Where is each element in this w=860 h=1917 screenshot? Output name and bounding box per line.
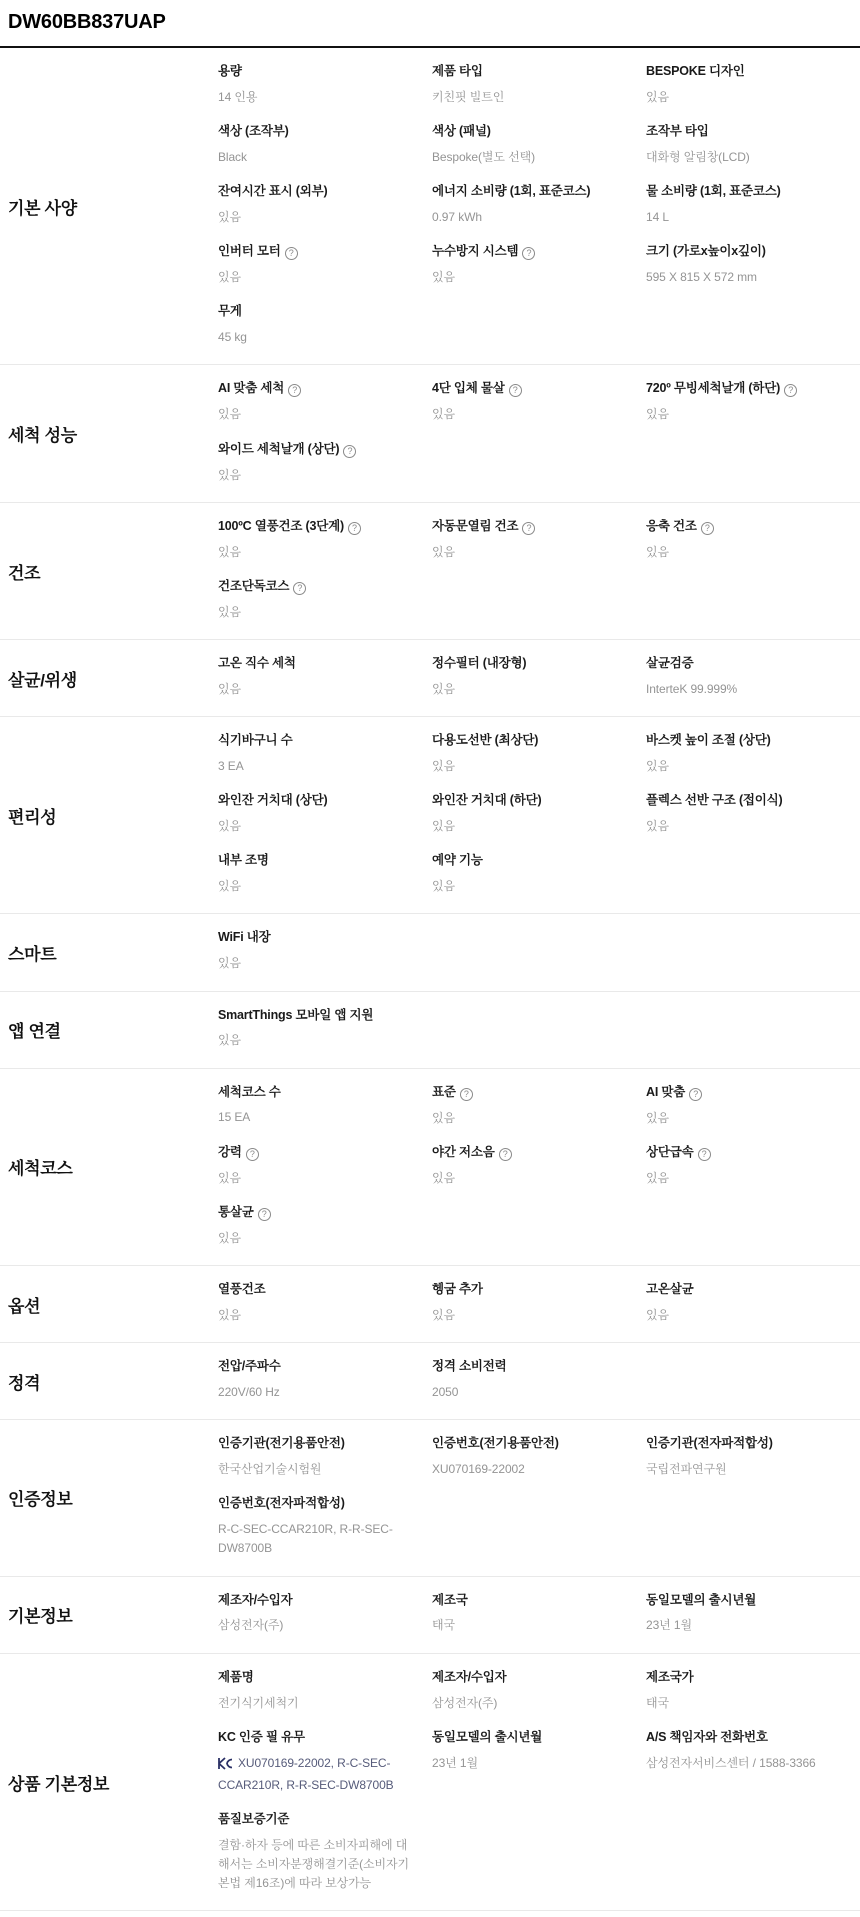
section-title: 편리성 bbox=[8, 803, 218, 842]
info-tooltip-icon[interactable]: ? bbox=[784, 384, 797, 397]
spec-value: 있음 bbox=[218, 268, 410, 287]
section-items-grid: 세척코스 수15 EA표준?있음AI 맞춤?있음강력?있음야간 저소음?있음상단… bbox=[218, 1084, 860, 1265]
spec-value-text: 삼성전자(주) bbox=[432, 1696, 497, 1710]
spec-item: 품질보증기준결함·하자 등에 따른 소비자피해에 대해서는 소비자분쟁해결기준(… bbox=[218, 1811, 432, 1893]
info-tooltip-icon[interactable]: ? bbox=[509, 384, 522, 397]
spec-value-text: 있음 bbox=[646, 407, 669, 421]
spec-value: 있음 bbox=[432, 543, 624, 562]
spec-value-text: 15 EA bbox=[218, 1110, 250, 1124]
spec-label-text: 4단 입체 물살 bbox=[432, 381, 505, 395]
spec-item: 정수필터 (내장형)있음 bbox=[432, 655, 646, 699]
spec-label: 와이드 세척날개 (상단)? bbox=[218, 441, 410, 458]
spec-label-text: 무게 bbox=[218, 304, 242, 318]
spec-item: 인증번호(전자파적합성)R-C-SEC-CCAR210R, R-R-SEC-DW… bbox=[218, 1495, 432, 1558]
spec-label-text: 강력 bbox=[218, 1145, 242, 1159]
page-title: DW60BB837UAP bbox=[0, 0, 860, 46]
spec-item: 열풍건조있음 bbox=[218, 1281, 432, 1325]
spec-value-text: 있음 bbox=[218, 879, 241, 893]
spec-page: DW60BB837UAP 기본 사양용량14 인용제품 타입키친핏 빌트인BES… bbox=[0, 0, 860, 1917]
spec-value: 있음 bbox=[432, 1169, 624, 1188]
spec-label-text: 열풍건조 bbox=[218, 1282, 266, 1296]
spec-label: 용량 bbox=[218, 63, 410, 80]
spec-value-text: 있음 bbox=[646, 1308, 669, 1322]
spec-label: 제품명 bbox=[218, 1669, 410, 1686]
spec-label: 고온살균 bbox=[646, 1281, 838, 1298]
spec-value: 45 kg bbox=[218, 328, 410, 347]
spec-value: 있음 bbox=[218, 603, 410, 622]
spec-value-text: 있음 bbox=[218, 210, 241, 224]
section-title: 살균/위생 bbox=[8, 666, 218, 705]
spec-value: 595 X 815 X 572 mm bbox=[646, 268, 838, 287]
spec-label-text: 용량 bbox=[218, 64, 242, 78]
spec-item: 표준?있음 bbox=[432, 1084, 646, 1128]
spec-item: 조작부 타입대화형 알림창(LCD) bbox=[646, 123, 860, 167]
spec-item: 정격 소비전력2050 bbox=[432, 1358, 646, 1402]
spec-item: 잔여시간 표시 (외부)있음 bbox=[218, 183, 432, 227]
spec-label: 누수방지 시스템? bbox=[432, 243, 624, 260]
spec-value: 있음 bbox=[432, 877, 624, 896]
spec-label: 바스켓 높이 조절 (상단) bbox=[646, 732, 838, 749]
spec-section-row: 살균/위생고온 직수 세척있음정수필터 (내장형)있음살균검증InterteK … bbox=[0, 640, 860, 717]
spec-label: 와인잔 거치대 (상단) bbox=[218, 792, 410, 809]
spec-item: 플렉스 선반 구조 (접이식)있음 bbox=[646, 792, 860, 836]
info-tooltip-icon[interactable]: ? bbox=[689, 1088, 702, 1101]
spec-value-text: 있음 bbox=[432, 819, 455, 833]
spec-value: Bespoke(별도 선택) bbox=[432, 148, 624, 167]
info-tooltip-icon[interactable]: ? bbox=[343, 445, 356, 458]
spec-value: 있음 bbox=[218, 817, 410, 836]
spec-item: AI 맞춤 세척?있음 bbox=[218, 380, 432, 424]
spec-value-text: 있음 bbox=[646, 90, 669, 104]
spec-value-text: 23년 1월 bbox=[432, 1756, 478, 1770]
section-title: 상품 기본정보 bbox=[8, 1770, 218, 1809]
spec-label-text: 누수방지 시스템 bbox=[432, 244, 518, 258]
spec-value: 있음 bbox=[218, 1031, 410, 1050]
spec-value: 14 인용 bbox=[218, 88, 410, 107]
spec-label-text: 색상 (패널) bbox=[432, 124, 491, 138]
spec-item: 강력?있음 bbox=[218, 1144, 432, 1188]
spec-section-row: 편리성식기바구니 수3 EA다용도선반 (최상단)있음바스켓 높이 조절 (상단… bbox=[0, 717, 860, 914]
spec-label-text: BESPOKE 디자인 bbox=[646, 64, 745, 78]
spec-value-text: Bespoke(별도 선택) bbox=[432, 150, 535, 164]
spec-label: 100ºC 열풍건조 (3단계)? bbox=[218, 518, 410, 535]
spec-value-text: 삼성전자(주) bbox=[218, 1618, 283, 1632]
spec-value-text: 있음 bbox=[218, 468, 241, 482]
spec-item: 응축 건조?있음 bbox=[646, 518, 860, 562]
spec-value: 있음 bbox=[646, 1306, 838, 1325]
info-tooltip-icon[interactable]: ? bbox=[698, 1148, 711, 1161]
spec-value: R-C-SEC-CCAR210R, R-R-SEC-DW8700B bbox=[218, 1520, 410, 1558]
spec-value-text: 있음 bbox=[218, 956, 241, 970]
spec-item: 인버터 모터?있음 bbox=[218, 243, 432, 287]
spec-item: SmartThings 모바일 앱 지원있음 bbox=[218, 1007, 432, 1051]
spec-item: 물 소비량 (1회, 표준코스)14 L bbox=[646, 183, 860, 227]
spec-value: XU070169-22002 bbox=[432, 1460, 624, 1479]
spec-item: 누수방지 시스템?있음 bbox=[432, 243, 646, 287]
spec-label: 동일모델의 출시년월 bbox=[646, 1592, 838, 1609]
spec-item: 전압/주파수220V/60 Hz bbox=[218, 1358, 432, 1402]
spec-label-text: A/S 책임자와 전화번호 bbox=[646, 1730, 768, 1744]
spec-item: 살균검증InterteK 99.999% bbox=[646, 655, 860, 699]
spec-label-text: 제품명 bbox=[218, 1670, 254, 1684]
info-tooltip-icon[interactable]: ? bbox=[499, 1148, 512, 1161]
spec-label-text: 품질보증기준 bbox=[218, 1812, 289, 1826]
spec-label-text: 자동문열림 건조 bbox=[432, 519, 518, 533]
spec-item: 건조단독코스?있음 bbox=[218, 578, 432, 622]
section-items-grid: 전압/주파수220V/60 Hz정격 소비전력2050 bbox=[218, 1358, 860, 1418]
spec-value: 있음 bbox=[218, 466, 410, 485]
spec-table-body: 기본 사양용량14 인용제품 타입키친핏 빌트인BESPOKE 디자인있음색상 … bbox=[0, 48, 860, 1911]
spec-label: 조작부 타입 bbox=[646, 123, 838, 140]
spec-label: 인증번호(전자파적합성) bbox=[218, 1495, 410, 1512]
spec-label-text: 와인잔 거치대 (하단) bbox=[432, 793, 541, 807]
spec-label: 제품 타입 bbox=[432, 63, 624, 80]
spec-value-text: 23년 1월 bbox=[646, 1618, 692, 1632]
spec-label: 상단급속? bbox=[646, 1144, 838, 1161]
spec-value: 있음 bbox=[218, 543, 410, 562]
spec-label-text: 내부 조명 bbox=[218, 853, 269, 867]
spec-label-text: 색상 (조작부) bbox=[218, 124, 289, 138]
spec-value-text: 있음 bbox=[646, 759, 669, 773]
spec-label: AI 맞춤 세척? bbox=[218, 380, 410, 397]
spec-label: 제조자/수입자 bbox=[432, 1669, 624, 1686]
spec-value: 있음 bbox=[218, 208, 410, 227]
section-items-grid: 100ºC 열풍건조 (3단계)?있음자동문열림 건조?있음응축 건조?있음건조… bbox=[218, 518, 860, 638]
spec-label-text: 동일모델의 출시년월 bbox=[646, 1593, 756, 1607]
spec-value-text: 있음 bbox=[432, 407, 455, 421]
spec-value: 있음 bbox=[646, 405, 838, 424]
section-items-grid: 고온 직수 세척있음정수필터 (내장형)있음살균검증InterteK 99.99… bbox=[218, 655, 860, 715]
spec-value: 23년 1월 bbox=[646, 1616, 838, 1635]
info-tooltip-icon[interactable]: ? bbox=[348, 522, 361, 535]
spec-label-text: 물 소비량 (1회, 표준코스) bbox=[646, 184, 781, 198]
spec-value: 있음 bbox=[646, 543, 838, 562]
section-title: 정격 bbox=[8, 1369, 218, 1408]
info-tooltip-icon[interactable]: ? bbox=[460, 1088, 473, 1101]
spec-value: 23년 1월 bbox=[432, 1754, 624, 1773]
spec-value-text: 있음 bbox=[218, 545, 241, 559]
section-items-grid: SmartThings 모바일 앱 지원있음 bbox=[218, 1007, 860, 1067]
spec-section-row: 옵션열풍건조있음헹굼 추가있음고온살균있음 bbox=[0, 1266, 860, 1343]
spec-label-text: 고온 직수 세척 bbox=[218, 656, 296, 670]
spec-value-text: 45 kg bbox=[218, 330, 247, 344]
spec-value: 한국산업기술시험원 bbox=[218, 1460, 410, 1479]
spec-label-text: 헹굼 추가 bbox=[432, 1282, 483, 1296]
spec-label: 색상 (조작부) bbox=[218, 123, 410, 140]
section-items-grid: WiFi 내장있음 bbox=[218, 929, 860, 989]
spec-item: 인증기관(전자파적합성)국립전파연구원 bbox=[646, 1435, 860, 1479]
spec-item: 와이드 세척날개 (상단)?있음 bbox=[218, 441, 432, 485]
spec-label-text: 예약 기능 bbox=[432, 853, 483, 867]
spec-item: 720º 무빙세척날개 (하단)?있음 bbox=[646, 380, 860, 424]
spec-item: 내부 조명있음 bbox=[218, 852, 432, 896]
spec-item: 동일모델의 출시년월23년 1월 bbox=[646, 1592, 860, 1636]
info-tooltip-icon[interactable]: ? bbox=[288, 384, 301, 397]
spec-value-text: 결함·하자 등에 따른 소비자피해에 대해서는 소비자분쟁해결기준(소비자기본법… bbox=[218, 1838, 409, 1890]
spec-value-text: 14 인용 bbox=[218, 90, 257, 104]
spec-value-text: 있음 bbox=[432, 879, 455, 893]
spec-item: 제조국가태국 bbox=[646, 1669, 860, 1713]
section-items-grid: AI 맞춤 세척?있음4단 입체 물살?있음720º 무빙세척날개 (하단)?있… bbox=[218, 380, 860, 500]
spec-value: 있음 bbox=[646, 1109, 838, 1128]
section-title: 세척 성능 bbox=[8, 421, 218, 460]
spec-item: 용량14 인용 bbox=[218, 63, 432, 107]
spec-label-text: 다용도선반 (최상단) bbox=[432, 733, 538, 747]
spec-label: 살균검증 bbox=[646, 655, 838, 672]
spec-label-text: 조작부 타입 bbox=[646, 124, 709, 138]
section-title: 스마트 bbox=[8, 940, 218, 979]
spec-label: 품질보증기준 bbox=[218, 1811, 410, 1828]
spec-label: KC 인증 필 유무 bbox=[218, 1729, 410, 1746]
spec-label: 무게 bbox=[218, 303, 410, 320]
spec-value-text: 있음 bbox=[218, 1033, 241, 1047]
spec-label: 야간 저소음? bbox=[432, 1144, 624, 1161]
spec-label-text: 제품 타입 bbox=[432, 64, 483, 78]
spec-label: 크기 (가로x높이x깊이) bbox=[646, 243, 838, 260]
section-items-grid: 인증기관(전기용품안전)한국산업기술시험원인증번호(전기용품안전)XU07016… bbox=[218, 1435, 860, 1574]
spec-label: 세척코스 수 bbox=[218, 1084, 410, 1101]
spec-label: BESPOKE 디자인 bbox=[646, 63, 838, 80]
spec-value-text: 있음 bbox=[432, 545, 455, 559]
spec-value-text: XU070169-22002, R-C-SEC-CCAR210R, R-R-SE… bbox=[218, 1756, 394, 1792]
spec-item: 통살균?있음 bbox=[218, 1204, 432, 1248]
spec-item: 와인잔 거치대 (상단)있음 bbox=[218, 792, 432, 836]
spec-item: 고온 직수 세척있음 bbox=[218, 655, 432, 699]
spec-value-text: 14 L bbox=[646, 210, 669, 224]
spec-item: 바스켓 높이 조절 (상단)있음 bbox=[646, 732, 860, 776]
spec-label-text: 식기바구니 수 bbox=[218, 733, 293, 747]
spec-item: 상단급속?있음 bbox=[646, 1144, 860, 1188]
spec-value: 있음 bbox=[218, 680, 410, 699]
spec-label: 인증번호(전기용품안전) bbox=[432, 1435, 624, 1452]
spec-label: WiFi 내장 bbox=[218, 929, 410, 946]
spec-label-text: 크기 (가로x높이x깊이) bbox=[646, 244, 766, 258]
spec-value-text: 삼성전자서비스센터 / 1588-3366 bbox=[646, 1756, 816, 1770]
spec-section-row: 인증정보인증기관(전기용품안전)한국산업기술시험원인증번호(전기용품안전)XU0… bbox=[0, 1420, 860, 1576]
spec-label-text: 제조자/수입자 bbox=[432, 1670, 507, 1684]
info-tooltip-icon[interactable]: ? bbox=[258, 1208, 271, 1221]
spec-value: 2050 bbox=[432, 1383, 624, 1402]
spec-value: 15 EA bbox=[218, 1108, 410, 1127]
spec-label-text: 제조자/수입자 bbox=[218, 1593, 293, 1607]
spec-value-text: 있음 bbox=[218, 1308, 241, 1322]
spec-label: SmartThings 모바일 앱 지원 bbox=[218, 1007, 410, 1024]
spec-value-text: 있음 bbox=[432, 682, 455, 696]
spec-label-text: 전압/주파수 bbox=[218, 1359, 281, 1373]
spec-label-text: WiFi 내장 bbox=[218, 930, 271, 944]
spec-item: 자동문열림 건조?있음 bbox=[432, 518, 646, 562]
spec-value-text: 태국 bbox=[646, 1696, 669, 1710]
spec-label-text: AI 맞춤 세척 bbox=[218, 381, 284, 395]
spec-value: 있음 bbox=[432, 268, 624, 287]
spec-value-text: 있음 bbox=[646, 545, 669, 559]
spec-label-text: 와이드 세척날개 (상단) bbox=[218, 442, 339, 456]
spec-value: Black bbox=[218, 148, 410, 167]
spec-item: BESPOKE 디자인있음 bbox=[646, 63, 860, 107]
spec-label: 정수필터 (내장형) bbox=[432, 655, 624, 672]
spec-value-text: 있음 bbox=[432, 1308, 455, 1322]
spec-value: 있음 bbox=[218, 877, 410, 896]
spec-value-text: 있음 bbox=[646, 1111, 669, 1125]
spec-section-row: 기본정보제조자/수입자삼성전자(주)제조국태국동일모델의 출시년월23년 1월 bbox=[0, 1577, 860, 1654]
info-tooltip-icon[interactable]: ? bbox=[246, 1148, 259, 1161]
spec-label: 인버터 모터? bbox=[218, 243, 410, 260]
spec-item: 다용도선반 (최상단)있음 bbox=[432, 732, 646, 776]
spec-label-text: 와인잔 거치대 (상단) bbox=[218, 793, 327, 807]
spec-item: A/S 책임자와 전화번호삼성전자서비스센터 / 1588-3366 bbox=[646, 1729, 860, 1795]
spec-label-text: 인버터 모터 bbox=[218, 244, 281, 258]
spec-item: 고온살균있음 bbox=[646, 1281, 860, 1325]
spec-value-text: 한국산업기술시험원 bbox=[218, 1462, 321, 1476]
spec-item: 제조자/수입자삼성전자(주) bbox=[218, 1592, 432, 1636]
spec-value: 결함·하자 등에 따른 소비자피해에 대해서는 소비자분쟁해결기준(소비자기본법… bbox=[218, 1836, 410, 1894]
spec-value-text: 있음 bbox=[432, 1111, 455, 1125]
spec-label: 4단 입체 물살? bbox=[432, 380, 624, 397]
spec-label: 동일모델의 출시년월 bbox=[432, 1729, 624, 1746]
spec-value-text: 있음 bbox=[218, 1171, 241, 1185]
spec-item: 헹굼 추가있음 bbox=[432, 1281, 646, 1325]
spec-value-text: 3 EA bbox=[218, 759, 244, 773]
info-tooltip-icon[interactable]: ? bbox=[701, 522, 714, 535]
spec-label-text: 720º 무빙세척날개 (하단) bbox=[646, 381, 780, 395]
spec-label: 제조국 bbox=[432, 1592, 624, 1609]
section-items-grid: 용량14 인용제품 타입키친핏 빌트인BESPOKE 디자인있음색상 (조작부)… bbox=[218, 63, 860, 363]
spec-label: 내부 조명 bbox=[218, 852, 410, 869]
spec-item: 세척코스 수15 EA bbox=[218, 1084, 432, 1128]
spec-item: 색상 (조작부)Black bbox=[218, 123, 432, 167]
spec-value: 220V/60 Hz bbox=[218, 1383, 410, 1402]
section-title: 기본정보 bbox=[8, 1602, 218, 1641]
section-title: 건조 bbox=[8, 559, 218, 598]
spec-value: 있음 bbox=[218, 1169, 410, 1188]
section-title: 앱 연결 bbox=[8, 1017, 218, 1056]
spec-label: 와인잔 거치대 (하단) bbox=[432, 792, 624, 809]
spec-value-text: 있음 bbox=[218, 407, 241, 421]
spec-label-text: 바스켓 높이 조절 (상단) bbox=[646, 733, 771, 747]
section-title: 기본 사양 bbox=[8, 194, 218, 233]
spec-value: 0.97 kWh bbox=[432, 208, 624, 227]
spec-label: 색상 (패널) bbox=[432, 123, 624, 140]
spec-value-text: 있음 bbox=[218, 819, 241, 833]
spec-value: 있음 bbox=[432, 405, 624, 424]
spec-label-text: 고온살균 bbox=[646, 1282, 694, 1296]
spec-label-text: 제조국 bbox=[432, 1593, 468, 1607]
spec-label: 인증기관(전기용품안전) bbox=[218, 1435, 410, 1452]
spec-label: 전압/주파수 bbox=[218, 1358, 410, 1375]
spec-section-row: 앱 연결SmartThings 모바일 앱 지원있음 bbox=[0, 992, 860, 1069]
info-tooltip-icon[interactable]: ? bbox=[522, 247, 535, 260]
spec-value-text: 있음 bbox=[218, 270, 241, 284]
spec-item: 제품 타입키친핏 빌트인 bbox=[432, 63, 646, 107]
spec-value: 있음 bbox=[646, 757, 838, 776]
spec-item: 제조국태국 bbox=[432, 1592, 646, 1636]
spec-label-text: 상단급속 bbox=[646, 1145, 694, 1159]
info-tooltip-icon[interactable]: ? bbox=[285, 247, 298, 260]
spec-item: 100ºC 열풍건조 (3단계)?있음 bbox=[218, 518, 432, 562]
spec-label-text: 인증번호(전자파적합성) bbox=[218, 1496, 345, 1510]
spec-label: 건조단독코스? bbox=[218, 578, 410, 595]
spec-label-text: 인증기관(전기용품안전) bbox=[218, 1436, 345, 1450]
spec-value: 14 L bbox=[646, 208, 838, 227]
spec-label-text: 세척코스 수 bbox=[218, 1085, 281, 1099]
spec-label-text: 100ºC 열풍건조 (3단계) bbox=[218, 519, 344, 533]
spec-value: 있음 bbox=[646, 1169, 838, 1188]
spec-value: 있음 bbox=[646, 817, 838, 836]
spec-value-text: 있음 bbox=[218, 682, 241, 696]
spec-label: 인증기관(전자파적합성) bbox=[646, 1435, 838, 1452]
spec-item: KC 인증 필 유무XU070169-22002, R-C-SEC-CCAR21… bbox=[218, 1729, 432, 1795]
spec-section-row: 스마트WiFi 내장있음 bbox=[0, 914, 860, 991]
spec-value-text: 있음 bbox=[646, 1171, 669, 1185]
spec-value-text: 키친핏 빌트인 bbox=[432, 90, 504, 104]
spec-value: 삼성전자서비스센터 / 1588-3366 bbox=[646, 1754, 838, 1773]
spec-value-text: 국립전파연구원 bbox=[646, 1462, 726, 1476]
spec-item: WiFi 내장있음 bbox=[218, 929, 432, 973]
spec-label-text: SmartThings 모바일 앱 지원 bbox=[218, 1008, 373, 1022]
spec-label: 에너지 소비량 (1회, 표준코스) bbox=[432, 183, 624, 200]
spec-value: 있음 bbox=[432, 1109, 624, 1128]
spec-section-row: 정격전압/주파수220V/60 Hz정격 소비전력2050 bbox=[0, 1343, 860, 1420]
spec-value-text: 대화형 알림창(LCD) bbox=[646, 150, 750, 164]
section-items-grid: 제조자/수입자삼성전자(주)제조국태국동일모델의 출시년월23년 1월 bbox=[218, 1592, 860, 1652]
spec-label: 자동문열림 건조? bbox=[432, 518, 624, 535]
spec-item: 색상 (패널)Bespoke(별도 선택) bbox=[432, 123, 646, 167]
spec-label-text: 야간 저소음 bbox=[432, 1145, 495, 1159]
spec-label: 고온 직수 세척 bbox=[218, 655, 410, 672]
spec-value: 전기식기세척기 bbox=[218, 1694, 410, 1713]
spec-item: 크기 (가로x높이x깊이)595 X 815 X 572 mm bbox=[646, 243, 860, 287]
info-tooltip-icon[interactable]: ? bbox=[293, 582, 306, 595]
spec-value-text: 전기식기세척기 bbox=[218, 1696, 298, 1710]
spec-value-text: 2050 bbox=[432, 1385, 458, 1399]
spec-label: 플렉스 선반 구조 (접이식) bbox=[646, 792, 838, 809]
spec-label: 잔여시간 표시 (외부) bbox=[218, 183, 410, 200]
spec-section-row: 세척코스세척코스 수15 EA표준?있음AI 맞춤?있음강력?있음야간 저소음?… bbox=[0, 1069, 860, 1267]
spec-value-text: 있음 bbox=[218, 1231, 241, 1245]
spec-item: 무게45 kg bbox=[218, 303, 432, 347]
spec-item: 식기바구니 수3 EA bbox=[218, 732, 432, 776]
spec-value-text: 있음 bbox=[218, 605, 241, 619]
spec-label-text: 에너지 소비량 (1회, 표준코스) bbox=[432, 184, 590, 198]
spec-item: 야간 저소음?있음 bbox=[432, 1144, 646, 1188]
spec-item: 제품명전기식기세척기 bbox=[218, 1669, 432, 1713]
spec-value: 있음 bbox=[432, 1306, 624, 1325]
spec-value: XU070169-22002, R-C-SEC-CCAR210R, R-R-SE… bbox=[218, 1754, 410, 1795]
spec-label: 제조자/수입자 bbox=[218, 1592, 410, 1609]
kc-certification-icon bbox=[218, 1757, 233, 1776]
spec-value-text: 있음 bbox=[432, 759, 455, 773]
spec-value-text: Black bbox=[218, 150, 247, 164]
info-tooltip-icon[interactable]: ? bbox=[522, 522, 535, 535]
spec-label: 720º 무빙세척날개 (하단)? bbox=[646, 380, 838, 397]
spec-label-text: KC 인증 필 유무 bbox=[218, 1730, 305, 1744]
spec-label: 헹굼 추가 bbox=[432, 1281, 624, 1298]
spec-value-text: XU070169-22002 bbox=[432, 1462, 525, 1476]
section-title: 인증정보 bbox=[8, 1485, 218, 1524]
spec-item: 4단 입체 물살?있음 bbox=[432, 380, 646, 424]
spec-label-text: 정격 소비전력 bbox=[432, 1359, 507, 1373]
spec-value: 삼성전자(주) bbox=[432, 1694, 624, 1713]
spec-value: 있음 bbox=[218, 405, 410, 424]
spec-label-text: 통살균 bbox=[218, 1205, 254, 1219]
spec-item: 인증기관(전기용품안전)한국산업기술시험원 bbox=[218, 1435, 432, 1479]
spec-label: 정격 소비전력 bbox=[432, 1358, 624, 1375]
spec-value: 있음 bbox=[432, 817, 624, 836]
spec-section-row: 기본 사양용량14 인용제품 타입키친핏 빌트인BESPOKE 디자인있음색상 … bbox=[0, 48, 860, 365]
spec-item: 예약 기능있음 bbox=[432, 852, 646, 896]
spec-value: 있음 bbox=[432, 680, 624, 699]
spec-label: 강력? bbox=[218, 1144, 410, 1161]
